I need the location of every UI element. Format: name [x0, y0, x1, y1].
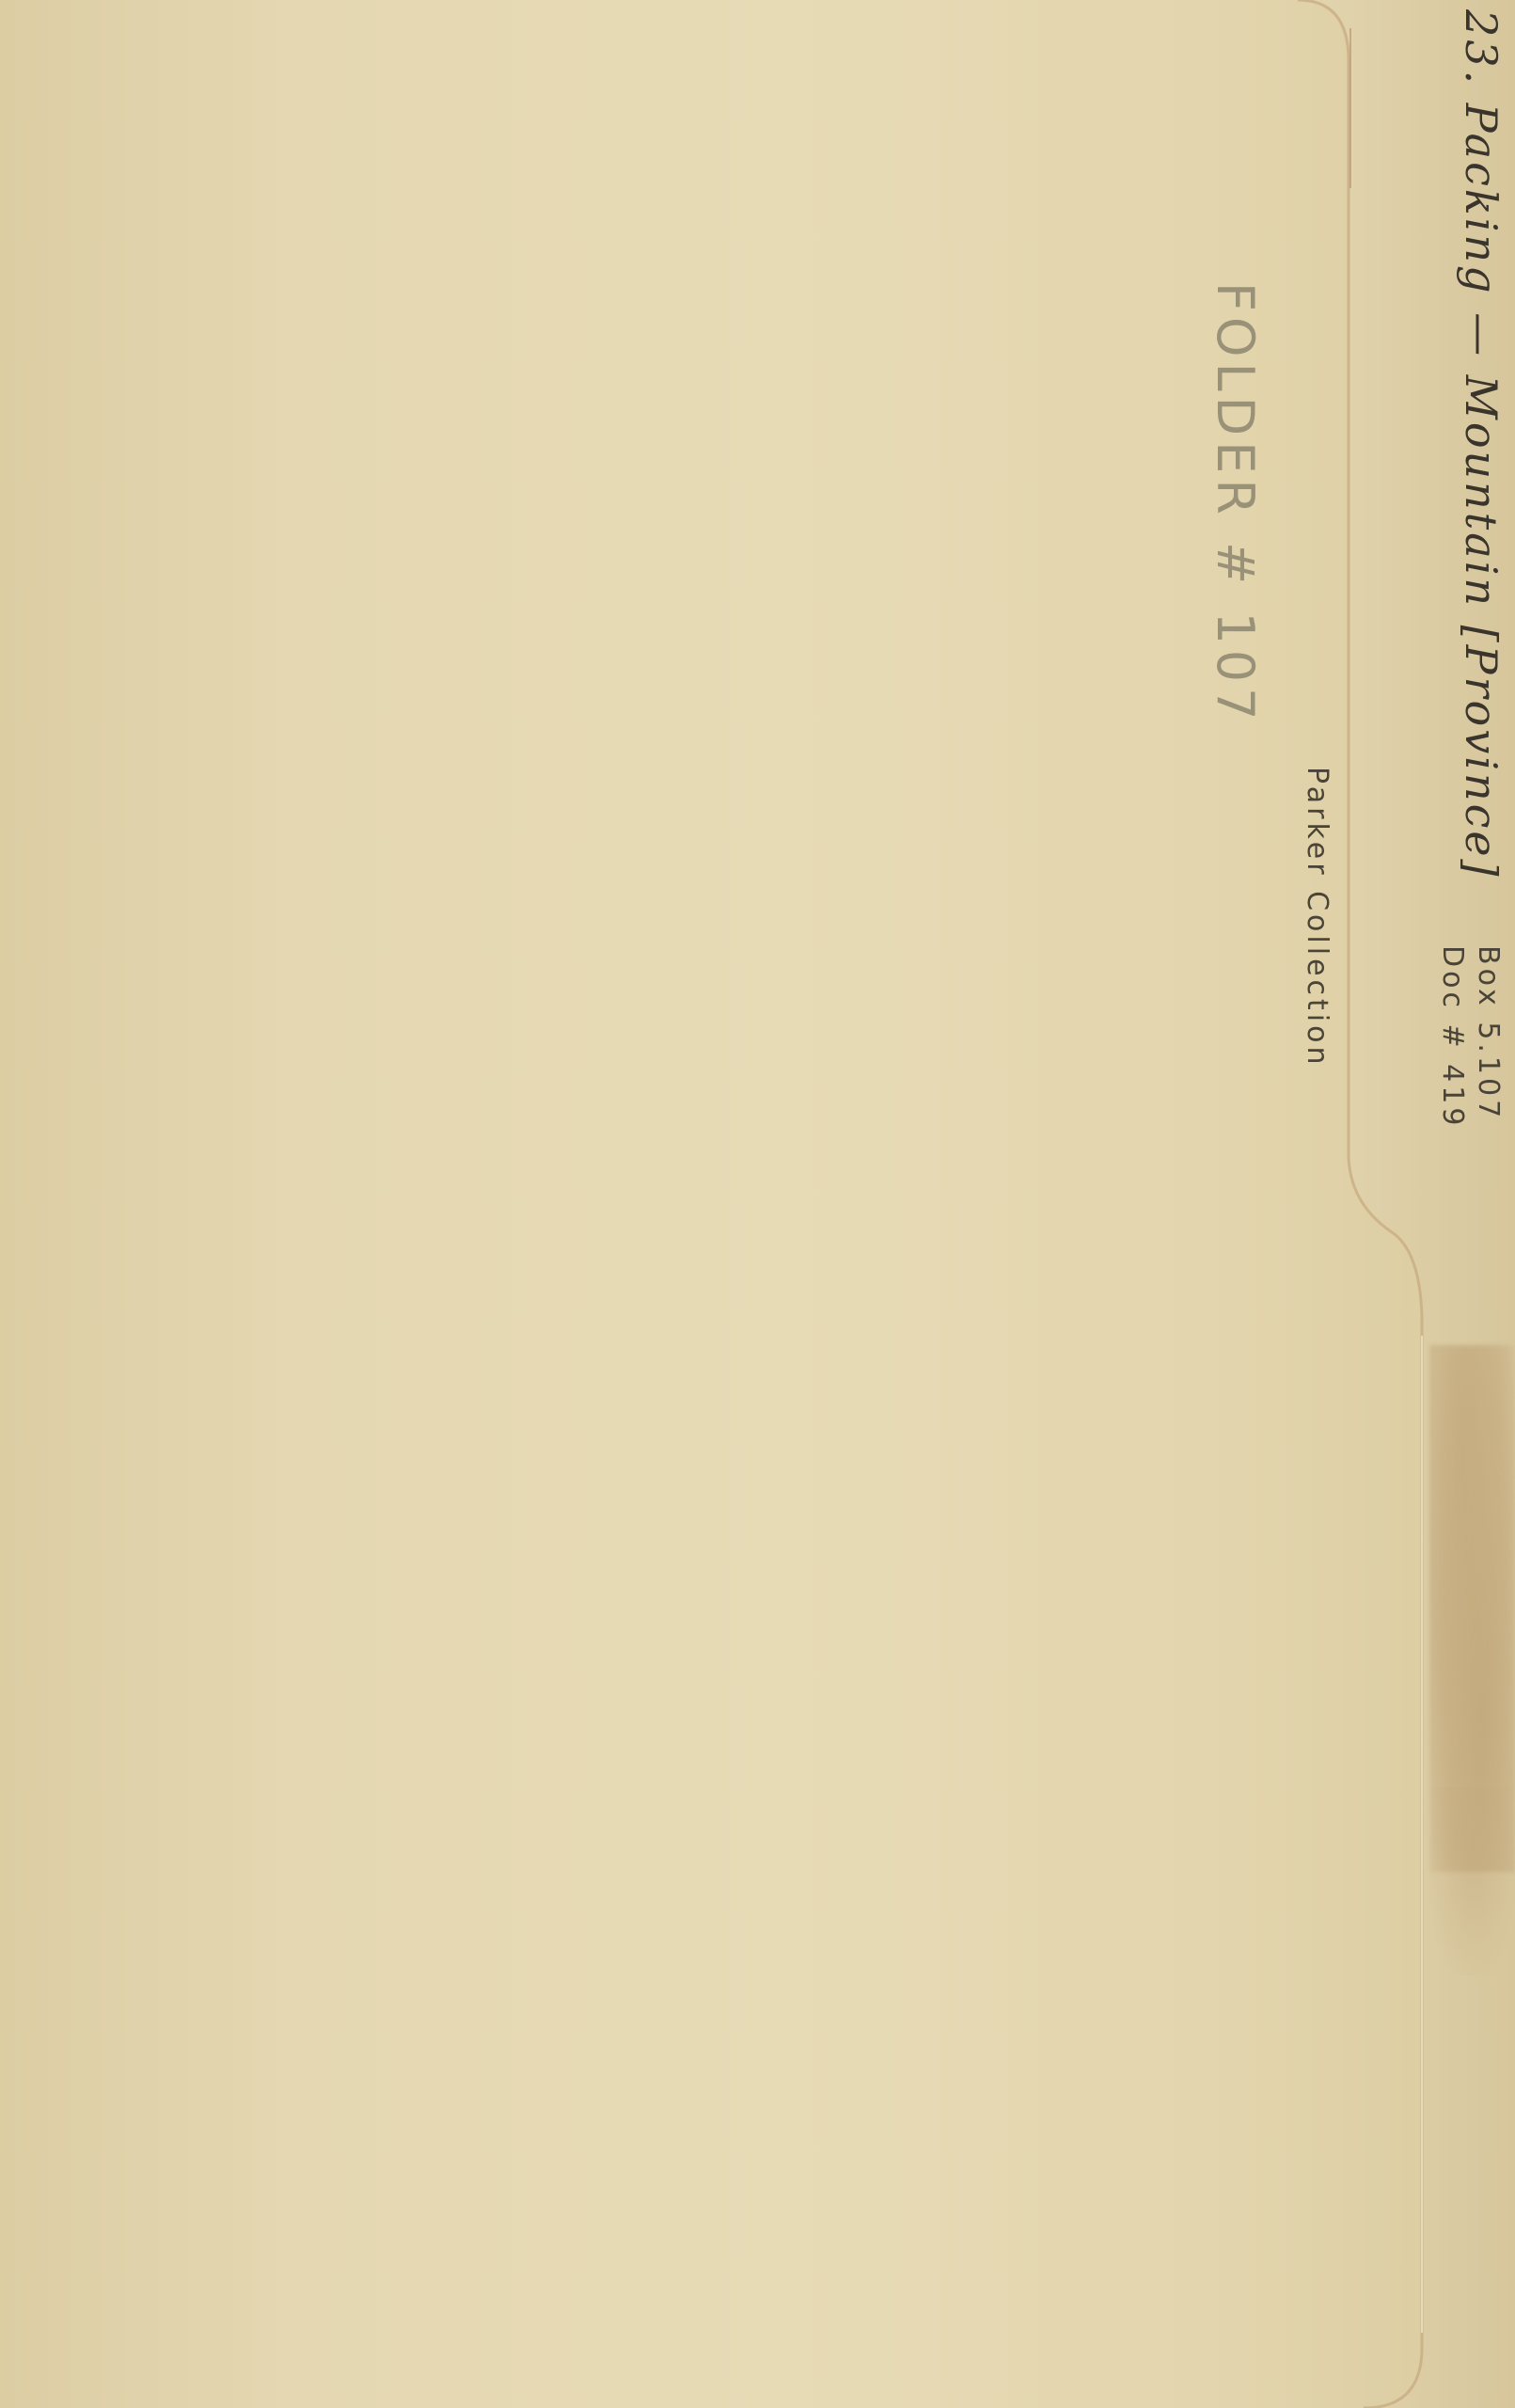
folder-tab-label: 23. Packing — Mountain [Province] [1456, 9, 1507, 879]
collection-label: Parker Collection [1301, 767, 1334, 1068]
water-stain-faded [1429, 1787, 1515, 1975]
doc-number: Doc # 419 [1434, 945, 1470, 1129]
folder-number: FOLDER # 107 [1206, 282, 1265, 726]
box-reference: Box 5.107 Doc # 419 [1434, 945, 1506, 1129]
box-number: Box 5.107 [1470, 945, 1506, 1129]
